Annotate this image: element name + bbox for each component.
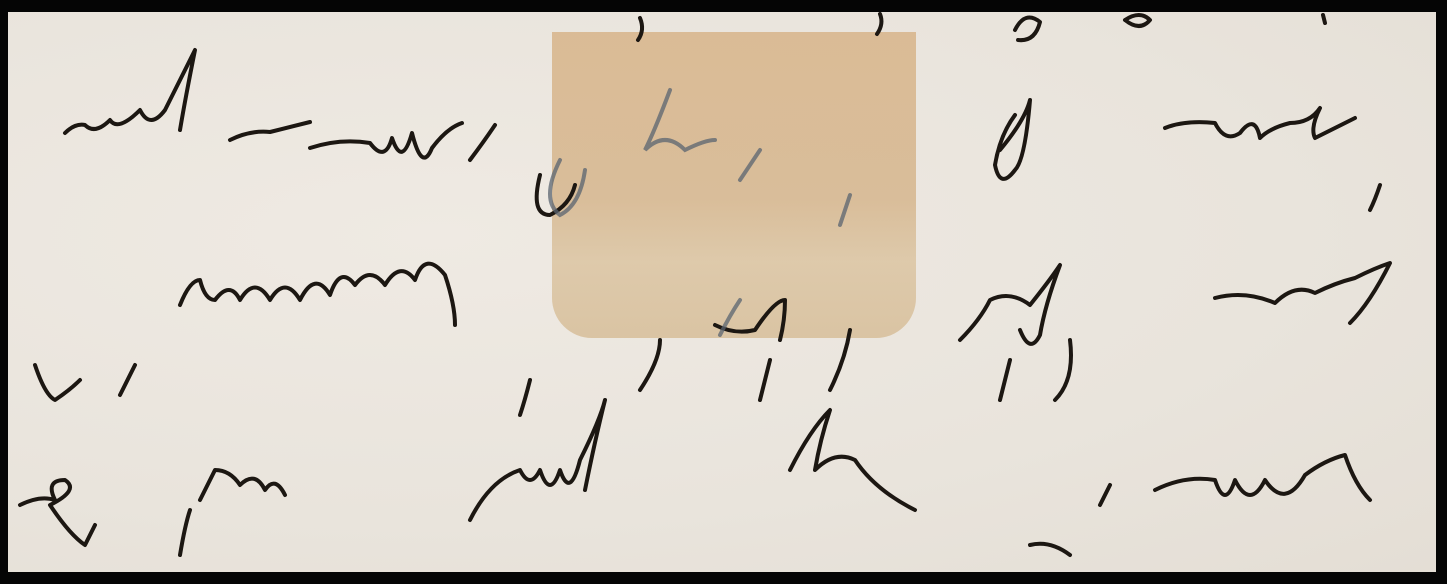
handwriting-ink xyxy=(0,0,1447,584)
photo-frame xyxy=(0,0,1447,584)
